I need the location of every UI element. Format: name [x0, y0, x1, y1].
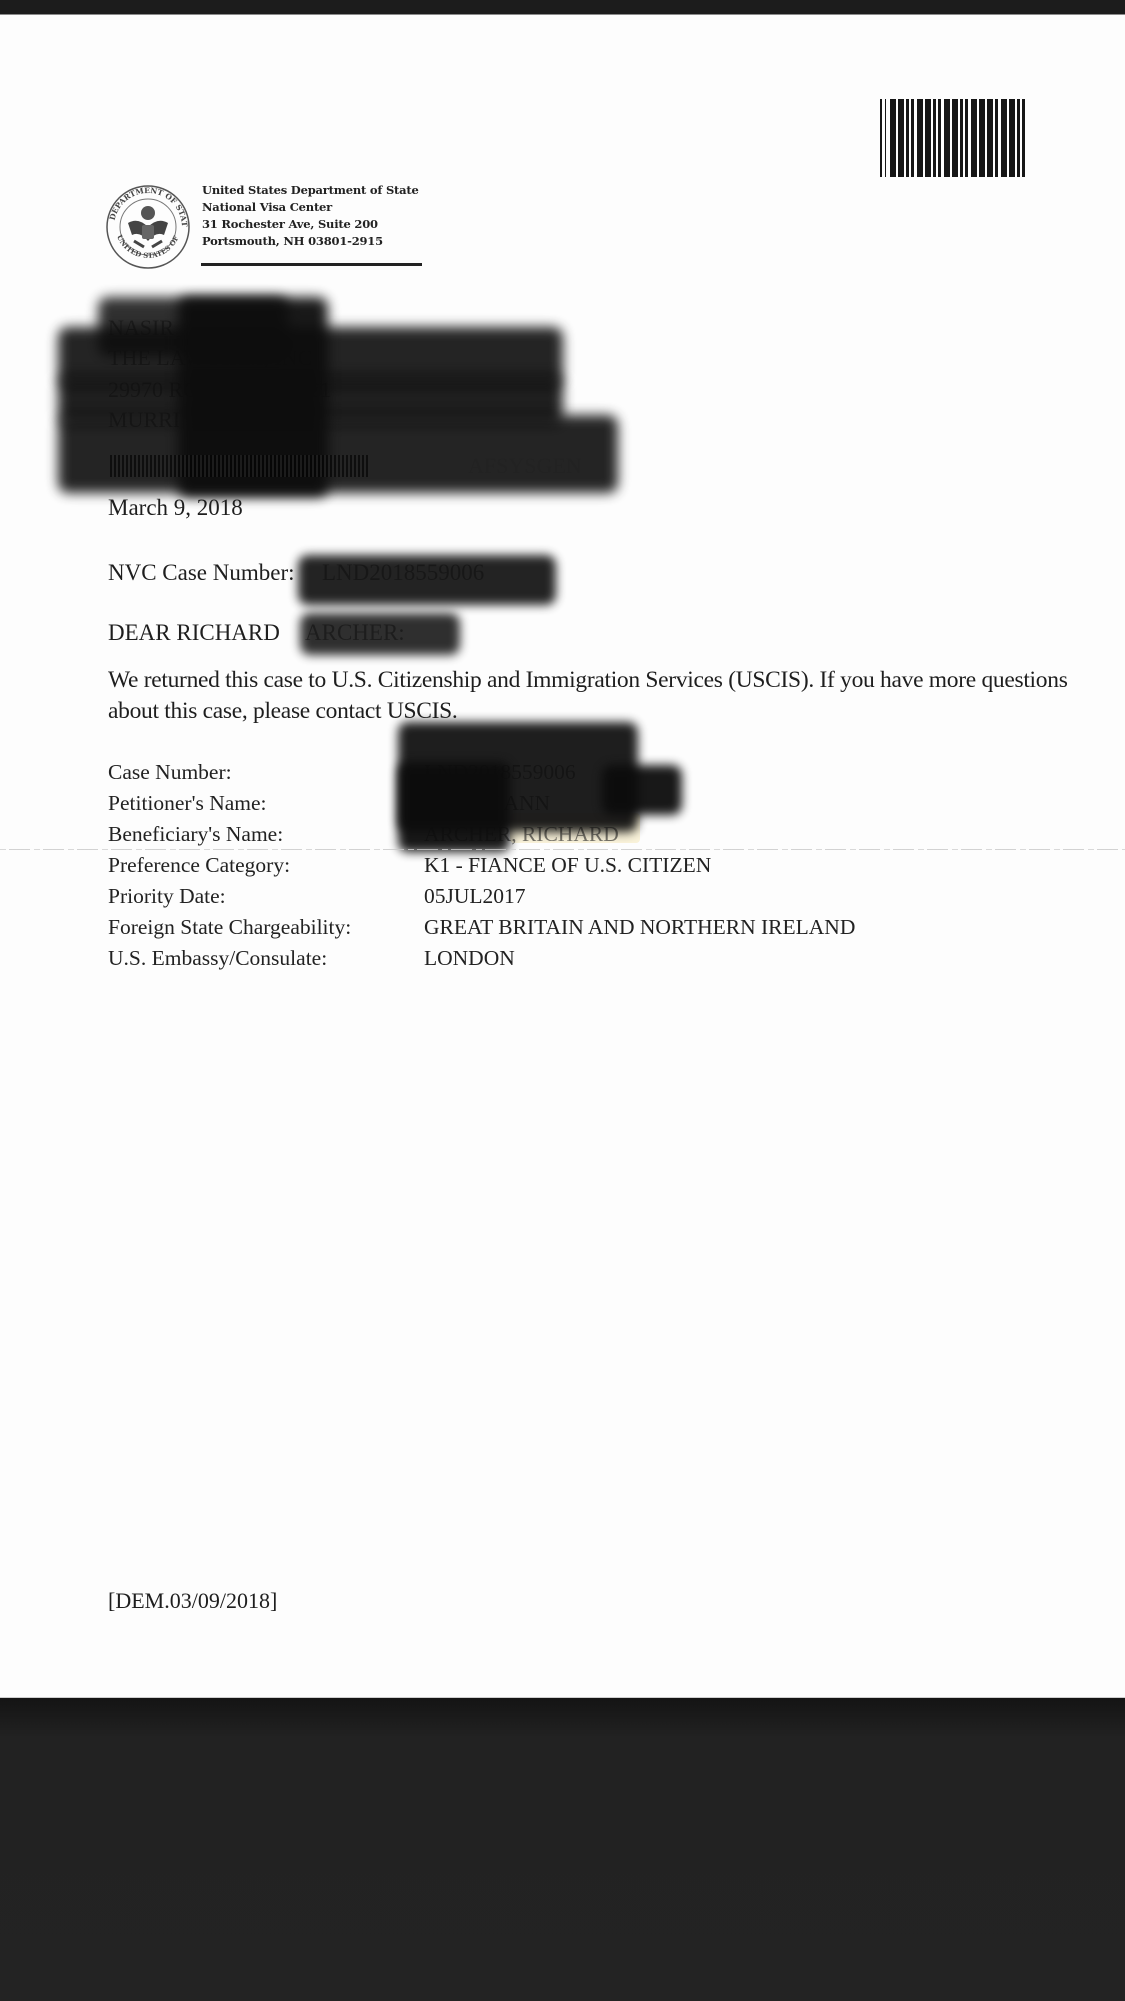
redaction-mark	[398, 762, 510, 852]
address-barcode-icon	[110, 455, 370, 477]
redaction-mark	[300, 613, 460, 655]
detail-row: U.S. Embassy/Consulate:LONDON	[108, 943, 855, 974]
letterhead-line: Portsmouth, NH 03801-2915	[202, 233, 419, 250]
detail-label: Preference Category:	[108, 853, 424, 878]
paper-fold-line	[0, 849, 1125, 850]
letterhead: United States Department of State Nation…	[202, 182, 419, 250]
detail-label: U.S. Embassy/Consulate:	[108, 946, 424, 971]
detail-label: Priority Date:	[108, 884, 424, 909]
letter-date: March 9, 2018	[108, 495, 243, 521]
letterhead-line: 31 Rochester Ave, Suite 200	[202, 216, 419, 233]
letterhead-line: United States Department of State	[202, 182, 419, 199]
detail-value: LONDON	[424, 946, 515, 971]
letterhead-rule	[201, 263, 422, 266]
nvc-case-label: NVC Case Number:	[108, 560, 295, 586]
top-bar	[0, 0, 1125, 15]
letterhead-line: National Visa Center	[202, 199, 419, 216]
detail-label: Petitioner's Name:	[108, 791, 424, 816]
detail-value: GREAT BRITAIN AND NORTHERN IRELAND	[424, 915, 855, 940]
salutation: DEAR RICHARD	[108, 620, 280, 646]
letter-body: We returned this case to U.S. Citizenshi…	[108, 665, 1118, 727]
detail-row: Preference Category:K1 - FIANCE OF U.S. …	[108, 850, 855, 881]
detail-value: 05JUL2017	[424, 884, 526, 909]
detail-value: K1 - FIANCE OF U.S. CITIZEN	[424, 853, 711, 878]
scanned-letter-page: DEPARTMENT OF STATE UNITED STATES OF AME…	[0, 15, 1125, 1697]
svg-text:DEPARTMENT OF STATE: DEPARTMENT OF STATE	[104, 183, 189, 227]
address-sysgen-code: AFSYSGEN	[468, 453, 582, 479]
department-of-state-seal-icon: DEPARTMENT OF STATE UNITED STATES OF AME…	[104, 183, 192, 271]
bottom-dark-area	[0, 1697, 1125, 2001]
redaction-mark	[602, 765, 682, 815]
redaction-mark	[298, 555, 556, 605]
barcode-icon	[880, 99, 1025, 177]
redacted-address-block: NASIR THE LAW FIRM, INC 29970 ROAD DRIVE…	[58, 287, 628, 502]
detail-row: Priority Date:05JUL2017	[108, 881, 855, 912]
detail-label: Beneficiary's Name:	[108, 822, 424, 847]
detail-label: Foreign State Chargeability:	[108, 915, 424, 940]
detail-row: Foreign State Chargeability:GREAT BRITAI…	[108, 912, 855, 943]
detail-label: Case Number:	[108, 760, 424, 785]
document-footer-code: [DEM.03/09/2018]	[108, 1588, 277, 1614]
